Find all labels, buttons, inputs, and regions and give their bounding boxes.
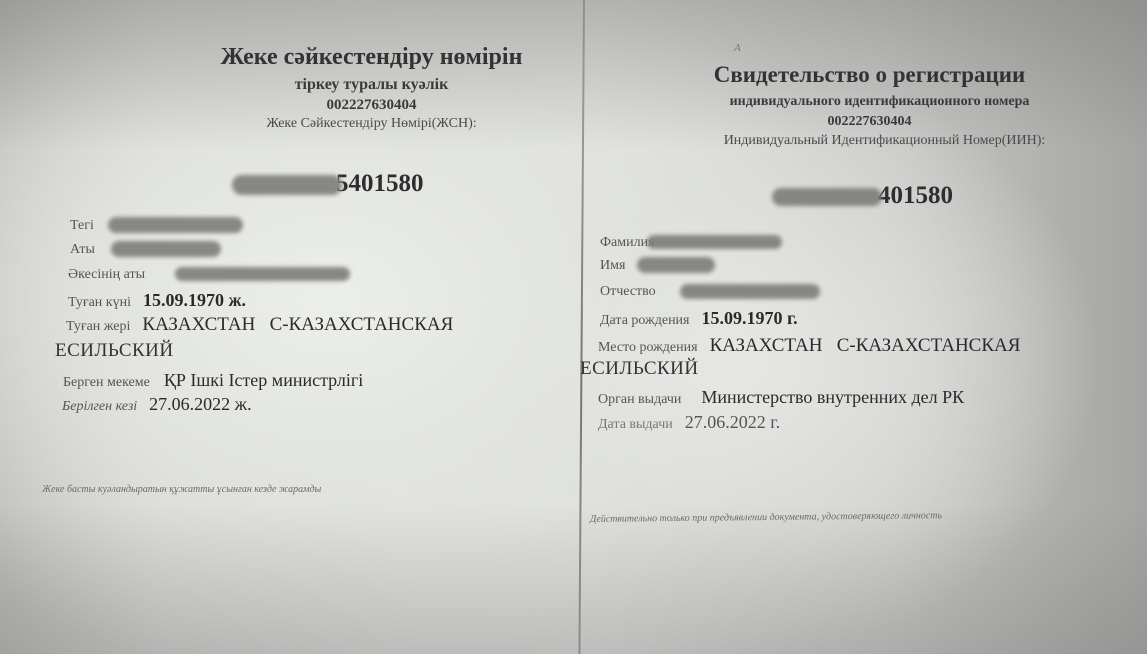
redaction-mark xyxy=(232,175,342,195)
ru-serial-number: 002227630404 xyxy=(592,114,1147,130)
redaction-mark xyxy=(111,241,221,257)
kz-serial-number: 002227630404 xyxy=(168,97,575,114)
certificate-russian-page: A Свидетельство о регистрации индивидуал… xyxy=(592,0,1147,654)
redaction-mark xyxy=(175,267,350,281)
redaction-mark xyxy=(647,235,782,249)
ru-field-birth-place-cont: ЕСИЛЬСКИЙ xyxy=(580,358,699,380)
ru-field-surname: Фамилия xyxy=(600,233,782,251)
ru-field-birth-date: Дата рождения 15.09.1970 г. xyxy=(600,308,798,329)
corner-mark: A xyxy=(734,42,741,54)
ru-footer-note: Действительно только при предъявлении до… xyxy=(590,510,942,525)
ru-field-issuer: Орган выдачи Министерство внутренних дел… xyxy=(598,387,964,408)
kz-field-birth-place-cont: ЕСИЛЬСКИЙ xyxy=(55,340,174,362)
kz-field-issue-date: Берілген кезі 27.06.2022 ж. xyxy=(62,394,252,415)
kz-title: Жеке сәйкестендіру нөмірін xyxy=(168,44,575,71)
redaction-mark xyxy=(772,188,882,206)
kz-footer-note: Жеке басты куәландыратын құжатты ұсынған… xyxy=(42,484,321,495)
ru-field-issue-date: Дата выдачи 27.06.2022 г. xyxy=(598,412,780,433)
ru-field-birth-place: Место рождения КАЗАХСТАН С-КАЗАХСТАНСКАЯ xyxy=(598,335,1020,357)
redaction-mark xyxy=(680,284,820,299)
ru-field-name: Имя xyxy=(600,256,715,274)
ru-subtitle: индивидуального идентификационного номер… xyxy=(612,94,1147,110)
kz-field-birth-place: Туған жері КАЗАХСТАН С-КАЗАХСТАНСКАЯ xyxy=(66,314,453,336)
kz-field-name: Аты xyxy=(70,240,221,258)
ru-title: Свидетельство о регистрации xyxy=(592,62,1147,88)
ru-id-number: 401580 xyxy=(772,182,953,210)
kz-id-number: 5401580 xyxy=(232,170,424,198)
certificate-kazakh-page: Жеке сәйкестендіру нөмірін тіркеу туралы… xyxy=(0,0,575,654)
kz-field-issuer: Берген мекеме ҚР Ішкі Істер министрлігі xyxy=(63,370,363,391)
ru-field-patronymic: Отчество xyxy=(600,282,820,300)
kz-field-surname: Тегі xyxy=(70,216,243,234)
redaction-mark xyxy=(637,257,715,273)
redaction-mark xyxy=(108,217,243,233)
kz-id-label: Жеке Сәйкестендіру Нөмірі(ЖСН): xyxy=(168,116,575,132)
kz-field-birth-date: Туған күні 15.09.1970 ж. xyxy=(68,290,246,311)
kz-field-patronymic: Әкесінің аты xyxy=(68,265,350,283)
kz-subtitle: тіркеу туралы куәлік xyxy=(168,76,575,94)
ru-id-label: Индивидуальный Идентификационный Номер(И… xyxy=(622,133,1147,149)
